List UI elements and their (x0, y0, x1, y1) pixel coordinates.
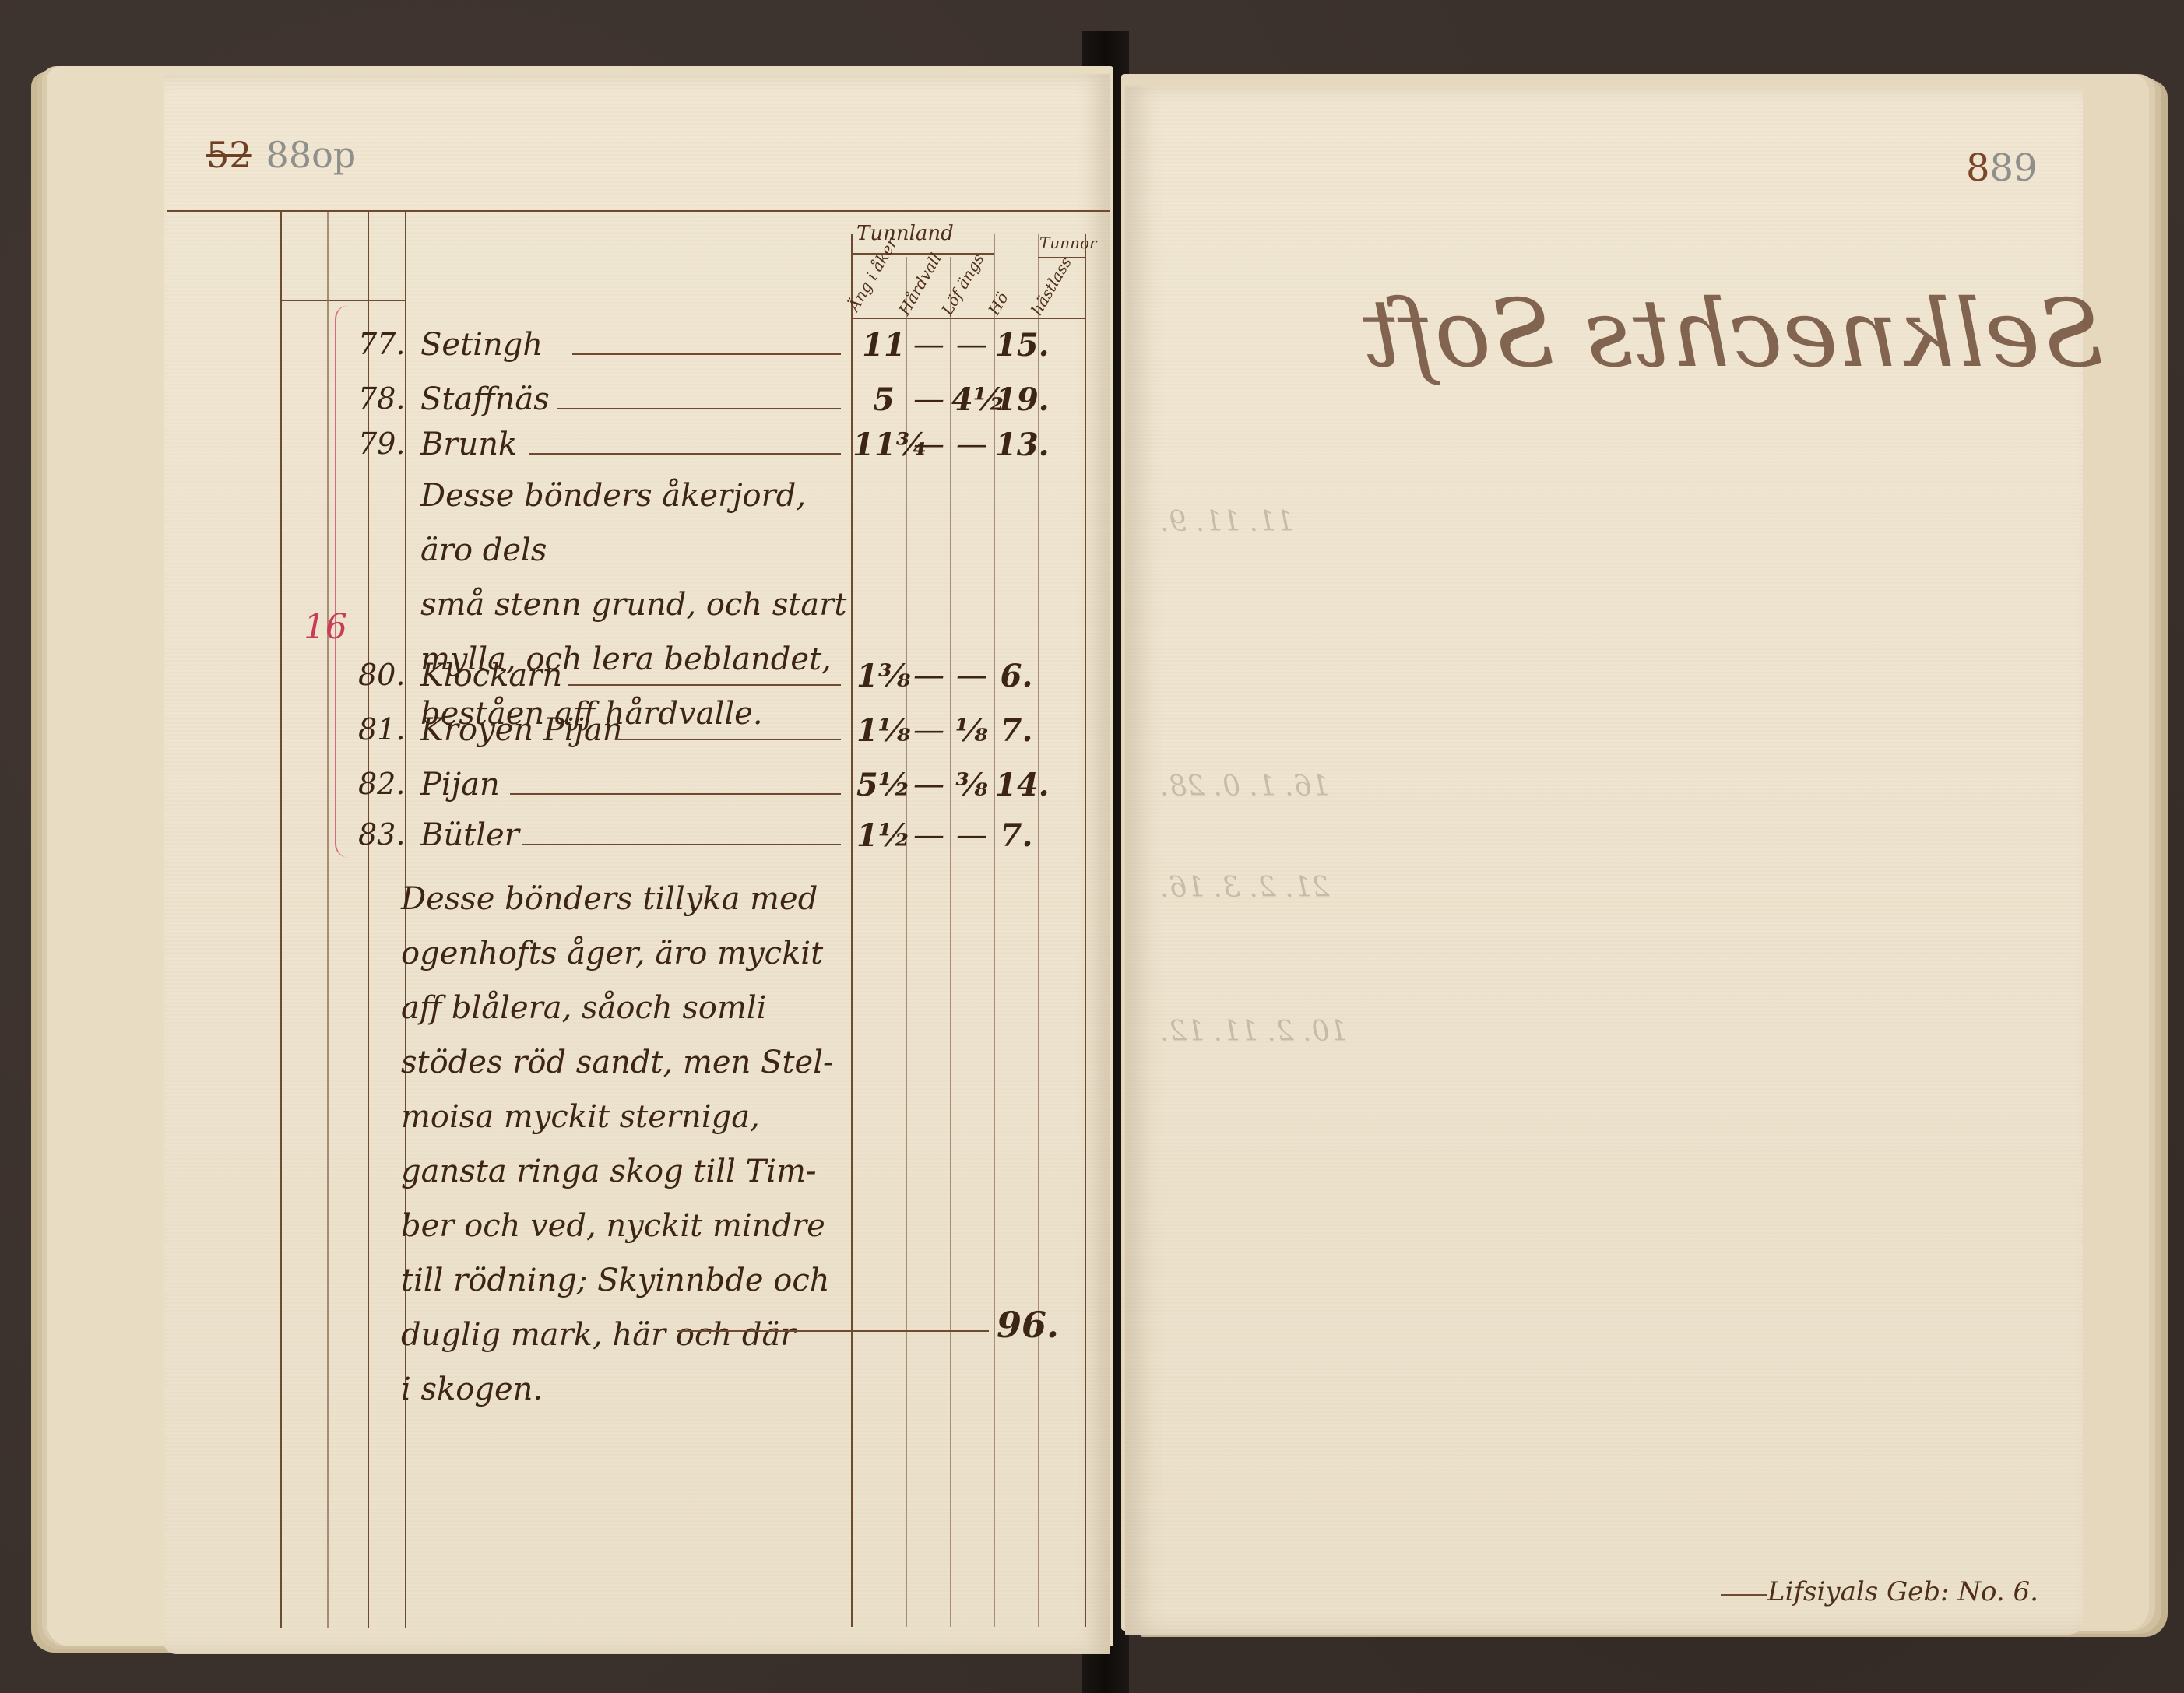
cell-col3: ⅜ (951, 767, 992, 803)
ledger-col-left-3 (368, 212, 369, 1628)
cell-col2: — (909, 658, 948, 694)
cell-col1: 1½ (856, 817, 907, 854)
cell-col1: 5 (860, 381, 907, 418)
ledger-col-num-3 (950, 257, 951, 1627)
entry-number: 80. (358, 658, 405, 692)
entry-name: Kroyen Pijan (420, 712, 623, 748)
entry-number: 83. (358, 817, 405, 852)
left-folio-number: 5288op (206, 134, 356, 176)
show-through-amount: 10. 2. 11. 12. (1160, 1016, 1347, 1048)
cell-col1: 1⅛ (856, 712, 907, 749)
cell-col3: — (951, 817, 992, 853)
footer-rule (1721, 1594, 1767, 1596)
ledger-col-num-6 (1085, 234, 1086, 1627)
total-leader-line (677, 1330, 989, 1332)
cell-col4: 6. (995, 658, 1038, 694)
entry-name: Pijan (420, 767, 500, 803)
entry-number: 82. (358, 767, 405, 801)
closing-description-note: Desse bönders tillyka med ogenhofts åger… (401, 872, 837, 1417)
leader-line (572, 353, 841, 355)
show-through-amount: 16. 1. 0. 28. (1160, 771, 1330, 803)
pencil-folio: 89 (1990, 146, 2038, 190)
entry-number: 77. (358, 327, 405, 361)
red-bracket-number: 16 (304, 607, 347, 647)
subheader-bottom-rule (851, 318, 1085, 319)
entry-name: Klockarn (420, 658, 562, 694)
cell-col3: ⅛ (951, 712, 992, 749)
column-group-tunnland: Tunnland (856, 222, 954, 245)
cell-col1: 5½ (856, 767, 907, 803)
cell-col2: — (909, 381, 948, 417)
entry-number: 78. (358, 381, 405, 416)
cell-col1: 1⅜ (856, 658, 907, 694)
ledger-top-rule (167, 210, 1110, 212)
cell-col3: — (951, 327, 992, 363)
cell-col2: — (909, 327, 948, 363)
entry-name: Bütler (420, 817, 519, 853)
struck-folio: 8 (1966, 146, 1990, 190)
cell-col4: 7. (995, 817, 1038, 854)
entry-number: 81. (358, 712, 405, 746)
entry-name: Setingh (420, 327, 543, 363)
leader-line (529, 453, 841, 455)
cell-col4: 15. (995, 327, 1038, 364)
struck-folio: 52 (206, 134, 252, 176)
entry-name: Brunk (420, 427, 517, 462)
show-through-amount: 21. 2. 3. 16. (1160, 872, 1330, 904)
entry-number: 79. (358, 427, 405, 461)
leader-line (615, 739, 841, 740)
column-group-tunnor: Tunnor (1039, 234, 1097, 252)
right-folio-number: 889 (1966, 146, 2038, 190)
pencil-folio: 88op (266, 134, 357, 176)
cell-col3: — (951, 427, 992, 462)
cell-col4: 19. (995, 381, 1038, 418)
leader-line (568, 684, 841, 686)
left-page (164, 74, 1110, 1654)
cell-col4: 13. (995, 427, 1038, 463)
red-ink-bracket (335, 305, 349, 858)
cell-col2: — (909, 712, 948, 748)
entry-name: Staffnäs (420, 381, 550, 417)
leader-line (510, 793, 841, 795)
leader-line (557, 408, 841, 409)
ledger-col-left-1 (280, 212, 282, 1628)
cell-col2: — (909, 427, 948, 462)
cell-col1: 11 (860, 327, 907, 364)
cell-col1: 11¾ (853, 427, 911, 463)
total-value: 96. (997, 1304, 1051, 1346)
footer-reference: Lifsiyals Geb: No. 6. (1767, 1576, 2038, 1607)
show-through-amount: 11. 11. 9. (1160, 506, 1294, 538)
ledger-header-rule (280, 300, 405, 301)
cell-col3: — (951, 658, 992, 694)
soil-description-note: Desse bönders åkerjord, äro dels små ste… (420, 469, 856, 741)
cell-col3: 4½ (951, 381, 992, 418)
cell-col4: 14. (995, 767, 1038, 803)
cell-col4: 7. (995, 712, 1038, 749)
cell-col2: — (909, 817, 948, 853)
leader-line (522, 844, 841, 845)
show-through-title: Selknechts Soft (1363, 280, 2104, 388)
ledger-col-left-2 (327, 212, 329, 1628)
cell-col2: — (909, 767, 948, 803)
